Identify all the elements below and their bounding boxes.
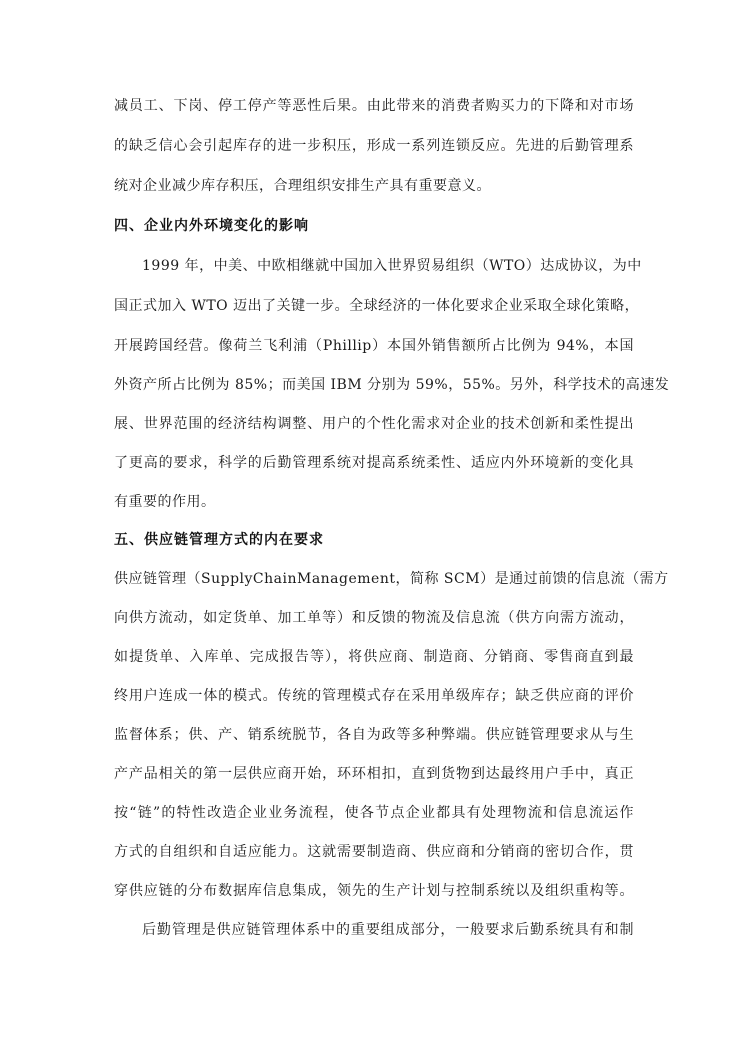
body-text-line: 展、世界范围的经济结构调整、用户的个性化需求对企业的技术创新和柔性提出 [114,413,634,435]
body-text-line: 的缺乏信心会引起库存的进一步积压，形成一系列连锁反应。先进的后勤管理系 [114,135,634,157]
body-text-line: 如提货单、入库单、完成报告等），将供应商、制造商、分销商、零售商直到最 [114,646,634,668]
body-text-line: 供应链管理（SupplyChainManagement，简称 SCM）是通过前馈… [114,568,634,590]
body-text-line: 了更高的要求，科学的后勤管理系统对提高系统柔性、适应内外环境新的变化具 [114,452,634,474]
document-page: 减员工、下岗、停工停产等恶性后果。由此带来的消费者购买力的下降和对市场 的缺乏信… [0,0,744,1052]
body-text-line: 1999 年，中美、中欧相继就中国加入世界贸易组织（WTO）达成协议，为中 [142,255,634,277]
body-text-line: 监督体系；供、产、销系统脱节，各自为政等多种弊端。供应链管理要求从与生 [114,724,634,746]
body-text-line: 方式的自组织和自适应能力。这就需要制造商、供应商和分销商的密切合作，贯 [114,841,634,863]
body-text-line: 有重要的作用。 [114,491,216,513]
body-text-line: 外资产所占比例为 85%；而美国 IBM 分别为 59%，55%。另外，科学技术… [114,374,634,396]
body-text-line: 按“链”的特性改造企业业务流程，使各节点企业都具有处理物流和信息流运作 [114,802,634,824]
body-text-line: 产产品相关的第一层供应商开始，环环相扣，直到货物到达最终用户手中，真正 [114,763,634,785]
body-text-line: 开展跨国经营。像荷兰飞利浦（Phillip）本国外销售额所占比例为 94%，本国 [114,335,634,357]
body-text-line: 国正式加入 WTO 迈出了关键一步。全球经济的一体化要求企业采取全球化策略， [114,295,634,317]
body-text-line: 终用户连成一体的模式。传统的管理模式存在采用单级库存；缺乏供应商的评价 [114,685,634,707]
section-heading-4: 四、企业内外环境变化的影响 [114,215,309,237]
section-heading-5: 五、供应链管理方式的内在要求 [114,529,324,551]
body-text-line: 减员工、下岗、停工停产等恶性后果。由此带来的消费者购买力的下降和对市场 [114,95,634,117]
body-text-line: 统对企业减少库存积压，合理组织安排生产具有重要意义。 [114,175,491,197]
body-text-line: 后勤管理是供应链管理体系中的重要组成部分，一般要求后勤系统具有和制 [142,919,634,941]
body-text-line: 向供方流动，如定货单、加工单等）和反馈的物流及信息流（供方向需方流动， [114,607,634,629]
body-text-line: 穿供应链的分布数据库信息集成，领先的生产计划与控制系统以及组织重构等。 [114,880,634,902]
